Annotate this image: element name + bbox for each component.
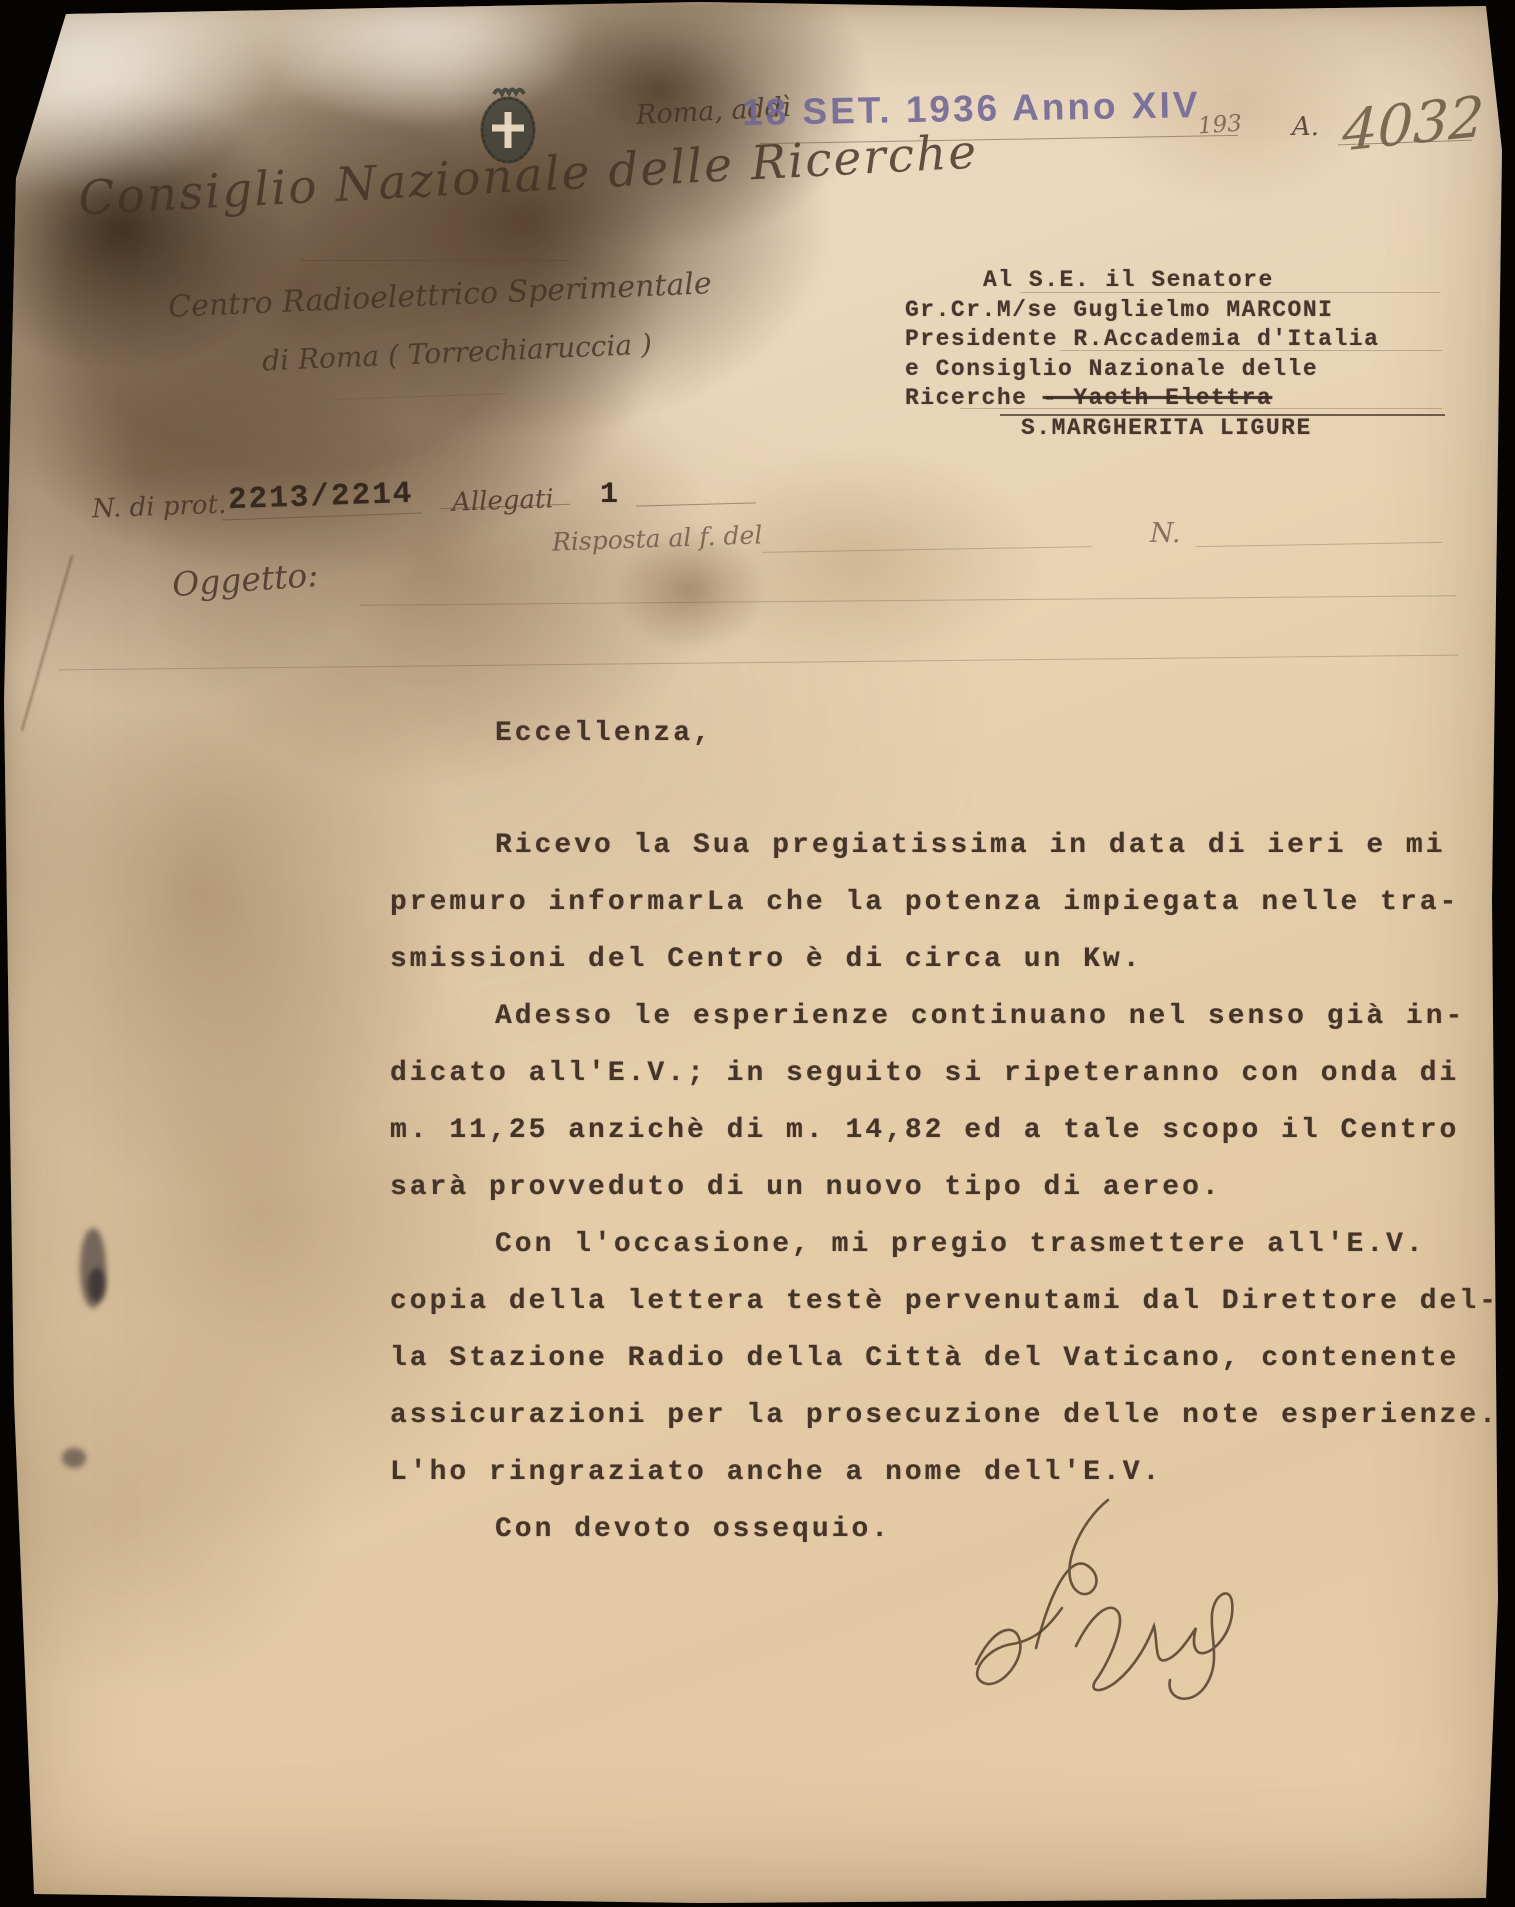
paper-sheet: Consiglio Nazionale delle Ricerche Centr…: [0, 0, 1515, 1907]
photo-vignette: [0, 0, 1515, 1907]
scanned-letter-photo: Consiglio Nazionale delle Ricerche Centr…: [0, 0, 1515, 1907]
